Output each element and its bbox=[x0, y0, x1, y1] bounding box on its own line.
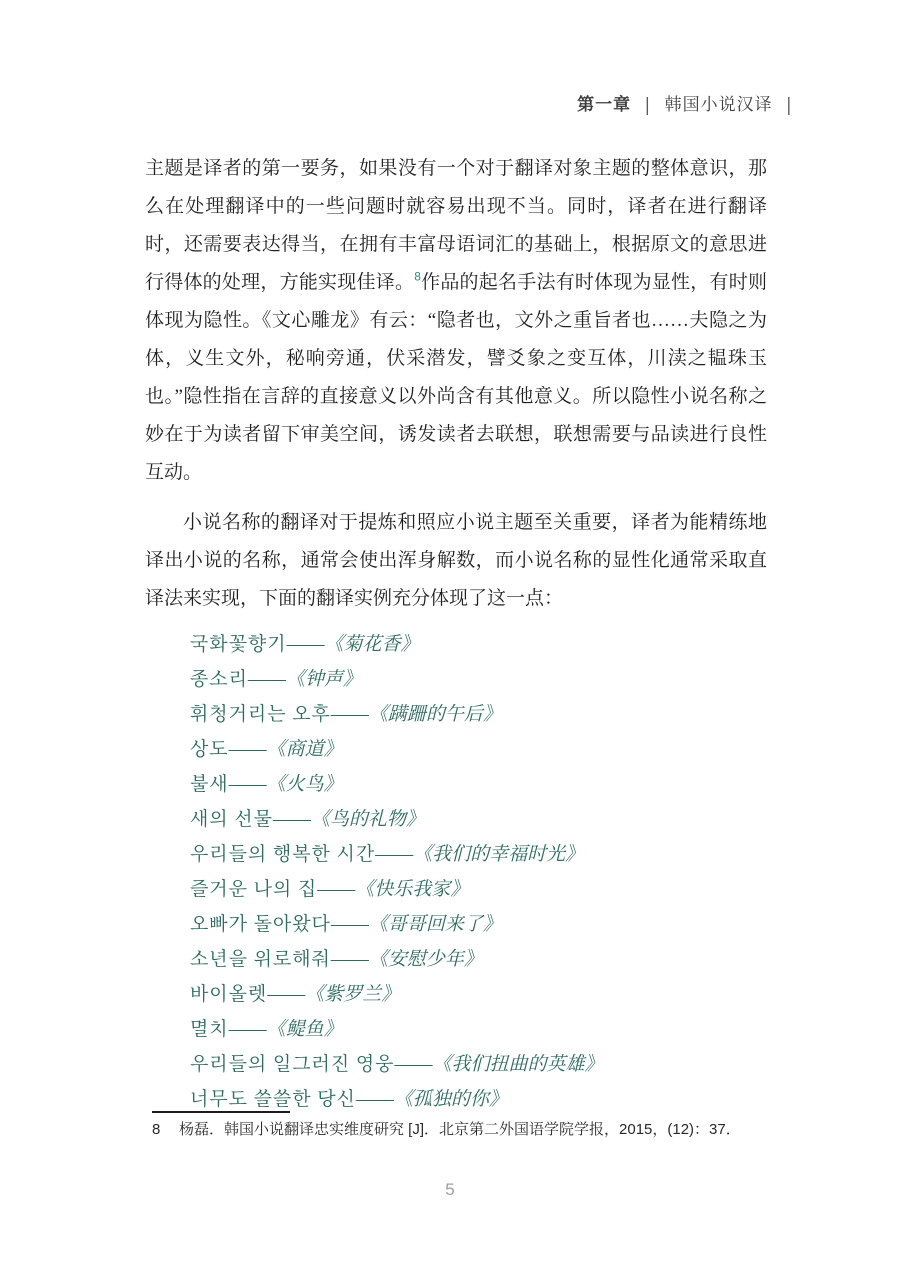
header-divider: | bbox=[787, 94, 792, 117]
chinese-title: 《我们的幸福时光》 bbox=[413, 844, 584, 865]
dash-separator: —— bbox=[229, 774, 267, 795]
korean-title: 국화꽃향기 bbox=[190, 634, 287, 655]
body-text: 主题是译者的第一要务，如果没有一个对于翻译对象主题的整体意识，那么在处理翻译中的… bbox=[145, 150, 767, 1117]
dash-separator: —— bbox=[375, 844, 413, 865]
chinese-title: 《菊花香》 bbox=[325, 634, 420, 655]
korean-title: 소년을 위로해줘 bbox=[190, 949, 331, 970]
dash-separator: —— bbox=[317, 879, 355, 900]
chinese-title: 《钟声》 bbox=[286, 669, 362, 690]
page-number: 5 bbox=[0, 1180, 900, 1200]
dash-separator: —— bbox=[331, 949, 369, 970]
title-list-item: 휘청거리는 오후——《蹒跚的午后》 bbox=[190, 697, 767, 732]
korean-title: 오빠가 돌아왔다 bbox=[190, 914, 331, 935]
dash-separator: —— bbox=[229, 739, 267, 760]
korean-title: 상도 bbox=[190, 739, 229, 760]
chinese-title: 《我们扭曲的英雄》 bbox=[432, 1054, 603, 1075]
korean-title: 불새 bbox=[190, 774, 229, 795]
chinese-title: 《哥哥回来了》 bbox=[369, 914, 502, 935]
chinese-title: 《鸟的礼物》 bbox=[311, 809, 425, 830]
korean-title: 종소리 bbox=[190, 669, 248, 690]
chinese-title: 《商道》 bbox=[267, 739, 343, 760]
footnote-reference-superscript: 8 bbox=[414, 270, 421, 284]
title-list-item: 바이올렛——《紫罗兰》 bbox=[190, 977, 767, 1012]
chinese-title: 《鳀鱼》 bbox=[267, 1019, 343, 1040]
dash-separator: —— bbox=[248, 669, 286, 690]
footnote-text: 杨磊．韩国小说翻译忠实维度研究 [J]．北京第二外国语学院学报，2015，(12… bbox=[179, 1119, 741, 1141]
chinese-title: 《火鸟》 bbox=[267, 774, 343, 795]
paragraph-2: 小说名称的翻译对于提炼和照应小说主题至关重要，译者为能精练地译出小说的名称，通常… bbox=[145, 504, 767, 618]
footnote-marker: 8 bbox=[152, 1119, 179, 1141]
dash-separator: —— bbox=[267, 984, 305, 1005]
korean-title: 즐거운 나의 집 bbox=[190, 879, 317, 900]
title-list-item: 국화꽃향기——《菊花香》 bbox=[190, 627, 767, 662]
title-list-item: 우리들의 행복한 시간——《我们的幸福时光》 bbox=[190, 837, 767, 872]
title-list-item: 종소리——《钟声》 bbox=[190, 662, 767, 697]
title-list-item: 불새——《火鸟》 bbox=[190, 767, 767, 802]
korean-title: 휘청거리는 오후 bbox=[190, 704, 331, 725]
title-list-item: 오빠가 돌아왔다——《哥哥回来了》 bbox=[190, 907, 767, 942]
korean-title: 새의 선물 bbox=[190, 809, 273, 830]
chinese-title: 《安慰少年》 bbox=[369, 949, 483, 970]
dash-separator: —— bbox=[394, 1054, 432, 1075]
title-list-item: 우리들의 일그러진 영웅——《我们扭曲的英雄》 bbox=[190, 1047, 767, 1082]
korean-title: 우리들의 행복한 시간 bbox=[190, 844, 375, 865]
title-list-item: 새의 선물——《鸟的礼物》 bbox=[190, 802, 767, 837]
korean-title: 멸치 bbox=[190, 1019, 229, 1040]
title-list-item: 멸치——《鳀鱼》 bbox=[190, 1012, 767, 1047]
dash-separator: —— bbox=[229, 1019, 267, 1040]
chinese-title: 《快乐我家》 bbox=[355, 879, 469, 900]
paragraph-continuation: 主题是译者的第一要务，如果没有一个对于翻译对象主题的整体意识，那么在处理翻译中的… bbox=[145, 150, 767, 492]
dash-separator: —— bbox=[356, 1089, 394, 1110]
dash-separator: —— bbox=[273, 809, 311, 830]
document-page: 第一章|韩国小说汉译| 主题是译者的第一要务，如果没有一个对于翻译对象主题的整体… bbox=[0, 0, 900, 1276]
dash-separator: —— bbox=[287, 634, 325, 655]
korean-title: 바이올렛 bbox=[190, 984, 267, 1005]
footnote-divider bbox=[152, 1111, 290, 1113]
chinese-title: 《孤独的你》 bbox=[394, 1089, 508, 1110]
title-list-item: 소년을 위로해줘——《安慰少年》 bbox=[190, 942, 767, 977]
title-list-item: 즐거운 나의 집——《快乐我家》 bbox=[190, 872, 767, 907]
translated-titles-list: 국화꽃향기——《菊花香》종소리——《钟声》휘청거리는 오후——《蹒跚的午后》상도… bbox=[145, 627, 767, 1117]
dash-separator: —— bbox=[331, 704, 369, 725]
chapter-label: 第一章 bbox=[577, 95, 631, 114]
korean-title: 우리들의 일그러진 영웅 bbox=[190, 1054, 394, 1075]
chinese-title: 《紫罗兰》 bbox=[305, 984, 400, 1005]
running-head: 第一章|韩国小说汉译| bbox=[577, 90, 792, 115]
footnote: 8 杨磊．韩国小说翻译忠实维度研究 [J]．北京第二外国语学院学报，2015，(… bbox=[152, 1119, 792, 1141]
paragraph-1-part-2: 作品的起名手法有时体现为显性，有时则体现为隐性。《文心雕龙》有云：“隐者也，文外… bbox=[145, 272, 767, 483]
korean-title: 너무도 쓸쓸한 당신 bbox=[190, 1089, 356, 1110]
book-title: 韩国小说汉译 bbox=[665, 95, 773, 114]
title-list-item: 상도——《商道》 bbox=[190, 732, 767, 767]
dash-separator: —— bbox=[331, 914, 369, 935]
chinese-title: 《蹒跚的午后》 bbox=[369, 704, 502, 725]
header-divider: | bbox=[645, 94, 650, 117]
